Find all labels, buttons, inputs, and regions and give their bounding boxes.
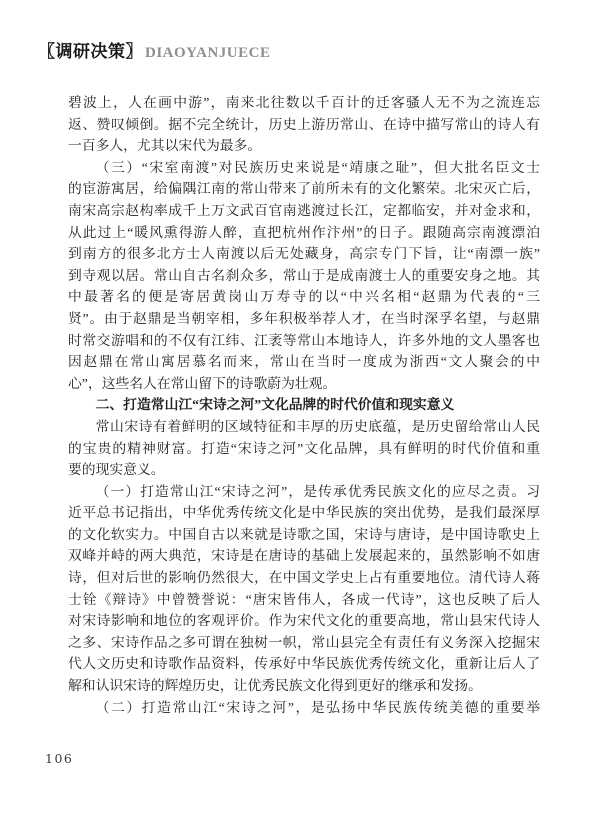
text-line: 的宦游寓居，给偏隅江南的常山带来了前所未有的文化繁荣。北宋灭亡后， <box>68 178 540 200</box>
page-number: 106 <box>45 751 73 766</box>
text-line: 的文化软实力。中国自古以来就是诗歌之国，宋诗与唐诗，是中国诗歌史上 <box>68 524 540 546</box>
text-line: 心”，这些名人在常山留下的诗歌蔚为壮观。 <box>68 373 540 395</box>
text-line: 代人文历史和诗歌作品资料，传承好中华民族优秀传统文化，重新让后人了 <box>68 653 540 675</box>
section-heading: 二、打造常山江“宋诗之河”文化品牌的时代价值和现实意义 <box>68 394 540 416</box>
text-line: （三）“宋室南渡”对民族历史来说是“靖康之耻”，但大批名臣文士 <box>68 157 540 179</box>
text-line: 南宋高宗赵构率成千上万文武百官南逃渡过长江，定都临安，并对金求和， <box>68 200 540 222</box>
text-line: 对宋诗影响和地位的客观评价。作为宋代文化的重要高地，常山县宋代诗人 <box>68 610 540 632</box>
text-line: 的宝贵的精神财富。打造“宋诗之河”文化品牌，具有鲜明的时代价值和重 <box>68 438 540 460</box>
text-line: 碧波上，人在画中游”，南来北往数以千百计的迁客骚人无不为之流连忘 <box>68 92 540 114</box>
text-line: （二）打造常山江“宋诗之河”，是弘扬中华民族传统美德的重要举 <box>68 697 540 719</box>
text-line: 返、赞叹倾倒。据不完全统计，历史上游历常山、在诗中描写常山的诗人有 <box>68 114 540 136</box>
text-line: 士铨《辩诗》中曾赞誉说：“唐宋皆伟人，各成一代诗”，这也反映了后人 <box>68 589 540 611</box>
text-line: （一）打造常山江“宋诗之河”，是传承优秀民族文化的应尽之责。习 <box>68 481 540 503</box>
journal-header: 〖调研决策〗 DIAOYANJUECE <box>38 37 270 62</box>
text-line: 因赵鼎在常山寓居慕名而来，常山在当时一度成为浙西“文人聚会的中 <box>68 351 540 373</box>
journal-title-en: DIAOYANJUECE <box>145 45 270 62</box>
text-line: 到寺观以居。常山自古名刹众多，常山于是成南渡士人的重要安身之地。其 <box>68 265 540 287</box>
text-line: 要的现实意义。 <box>68 459 540 481</box>
text-line: 解和认识宋诗的辉煌历史，让优秀民族文化得到更好的继承和发扬。 <box>68 675 540 697</box>
article-body: 碧波上，人在画中游”，南来北往数以千百计的迁客骚人无不为之流连忘 返、赞叹倾倒。… <box>68 92 540 718</box>
text-line: 之多、宋诗作品之多可谓在独树一帜，常山县完全有责任有义务深入挖掘宋 <box>68 632 540 654</box>
text-line: 诗，但对后世的影响仍然很大，在中国文学史上占有重要地位。清代诗人蒋 <box>68 567 540 589</box>
text-line: 贤”。由于赵鼎是当朝宰相，多年积极举荐人才，在当时深孚名望，与赵鼎 <box>68 308 540 330</box>
text-line: 中最著名的便是寄居黄岗山万寿寺的以“中兴名相“赵鼎为代表的“三 <box>68 286 540 308</box>
text-line: 从此过上“暖风熏得游人醉，直把杭州作汴州”的日子。跟随高宗南渡漂泊 <box>68 222 540 244</box>
journal-title-cn: 〖调研决策〗 <box>38 37 143 62</box>
text-line: 近平总书记指出，中华优秀传统文化是中华民族的突出优势，是我们最深厚 <box>68 502 540 524</box>
document-page: 〖调研决策〗 DIAOYANJUECE 碧波上，人在画中游”，南来北往数以千百计… <box>0 0 600 814</box>
text-line: 到南方的很多北方士人南渡以后无处藏身，高宗专门下旨，让“南漂一族” <box>68 243 540 265</box>
text-line: 双峰并峙的两大典范，宋诗是在唐诗的基础上发展起来的，虽然影响不如唐 <box>68 545 540 567</box>
text-line: 常山宋诗有着鲜明的区域特征和丰厚的历史底蕴，是历史留给常山人民 <box>68 416 540 438</box>
text-line: 时常交游唱和的不仅有江纬、江袤等常山本地诗人，许多外地的文人墨客也 <box>68 330 540 352</box>
text-line: 一百多人，尤其以宋代为最多。 <box>68 135 540 157</box>
